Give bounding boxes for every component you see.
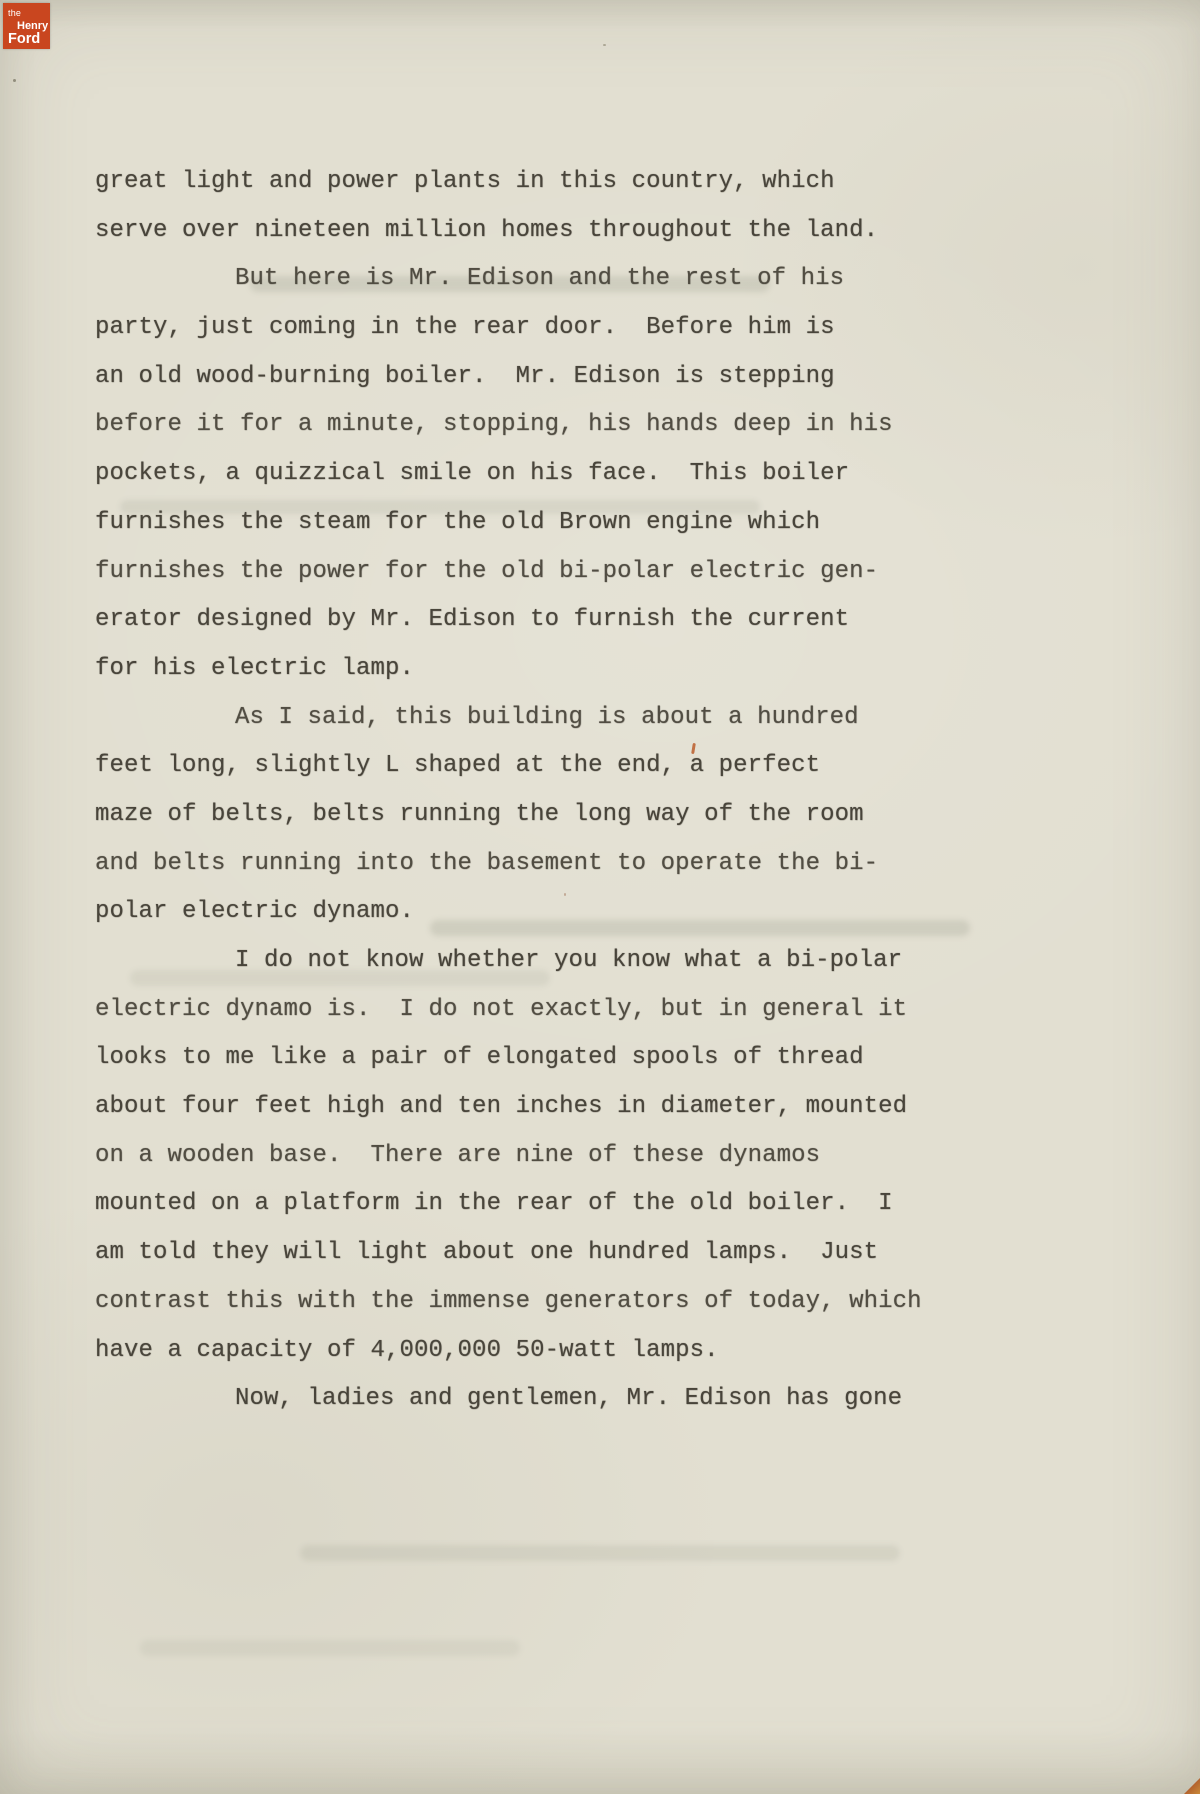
- text-line: mounted on a platform in the rear of the…: [95, 1180, 1105, 1229]
- text-line: about four feet high and ten inches in d…: [95, 1083, 1105, 1132]
- text-line: and belts running into the basement to o…: [95, 840, 1105, 889]
- text-line: feet long, slightly L shaped at the end,…: [95, 742, 1105, 791]
- text-line: Now, ladies and gentlemen, Mr. Edison ha…: [95, 1375, 1105, 1424]
- bleed-through-smudge: [300, 1545, 900, 1561]
- page-corner-chip: [1184, 1778, 1200, 1794]
- text-line: am told they will light about one hundre…: [95, 1229, 1105, 1278]
- text-line: serve over nineteen million homes throug…: [95, 207, 1105, 256]
- text-line: have a capacity of 4,000,000 50-watt lam…: [95, 1327, 1105, 1376]
- text-line: for his electric lamp.: [95, 645, 1105, 694]
- bleed-through-smudge: [140, 1640, 520, 1656]
- text-line: before it for a minute, stopping, his ha…: [95, 401, 1105, 450]
- text-line: erator designed by Mr. Edison to furnish…: [95, 596, 1105, 645]
- text-line: furnishes the steam for the old Brown en…: [95, 499, 1105, 548]
- logo-text-ford: Ford: [8, 31, 40, 47]
- scanned-document-page: the Henry Ford great light and power pla…: [0, 0, 1200, 1794]
- text-line: on a wooden base. There are nine of thes…: [95, 1132, 1105, 1181]
- henry-ford-logo: the Henry Ford: [3, 3, 50, 49]
- text-line: great light and power plants in this cou…: [95, 158, 1105, 207]
- text-line: contrast this with the immense generator…: [95, 1278, 1105, 1327]
- text-line: But here is Mr. Edison and the rest of h…: [95, 255, 1105, 304]
- text-line: an old wood-burning boiler. Mr. Edison i…: [95, 353, 1105, 402]
- paper-speck: [564, 893, 566, 896]
- paper-speck: [603, 44, 606, 46]
- text-line: I do not know whether you know what a bi…: [95, 937, 1105, 986]
- text-line: pockets, a quizzical smile on his face. …: [95, 450, 1105, 499]
- text-line: polar electric dynamo.: [95, 888, 1105, 937]
- text-line: As I said, this building is about a hund…: [95, 694, 1105, 743]
- paper-speck: [13, 79, 16, 82]
- text-line: looks to me like a pair of elongated spo…: [95, 1034, 1105, 1083]
- text-line: furnishes the power for the old bi-polar…: [95, 548, 1105, 597]
- text-line: party, just coming in the rear door. Bef…: [95, 304, 1105, 353]
- text-line: maze of belts, belts running the long wa…: [95, 791, 1105, 840]
- typewritten-text: great light and power plants in this cou…: [95, 158, 1105, 1424]
- text-line: electric dynamo is. I do not exactly, bu…: [95, 986, 1105, 1035]
- logo-text-the: the: [8, 8, 21, 18]
